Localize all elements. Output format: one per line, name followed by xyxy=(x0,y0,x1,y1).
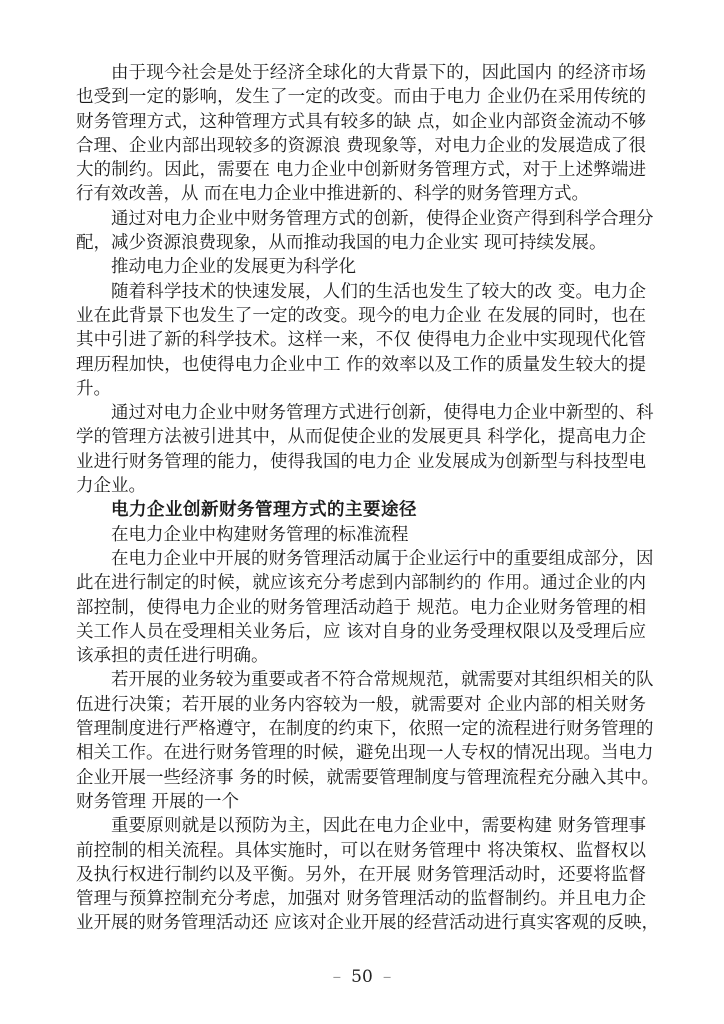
paragraph-9-body: 若开展的业务较为重要或者不符合常规规范，就需要对其组织相关的队伍进行决策；若开展… xyxy=(76,668,646,814)
text-line: 其中引进了新的科学技术。这样一来，不仅 使得电力企业中实现现代化管 xyxy=(76,328,646,352)
text-line: 前控制的相关流程。具体实施时，可以在财务管理中 将决策权、监督权以 xyxy=(76,839,646,863)
text-line: 通过对电力企业中财务管理方式进行创新，使得电力企业中新型的、科 xyxy=(76,401,646,425)
footer-left-dash: – xyxy=(323,967,352,987)
text-line: 部控制，使得电力企业的财务管理活动趋于 规范。电力企业财务管理的相 xyxy=(76,596,646,620)
text-line: 升。 xyxy=(76,377,646,401)
text-line: 电力企业创新财务管理方式的主要途径 xyxy=(76,498,646,522)
text-line: 财务管理 开展的一个 xyxy=(76,790,646,814)
text-line: 及执行权进行制约以及平衡。另外，在开展 财务管理活动时，还要将监督 xyxy=(76,863,646,887)
footer-right-dash: – xyxy=(373,967,402,987)
text-line: 力企业。 xyxy=(76,474,646,498)
text-line: 相关工作。在进行财务管理的时候，避免出现一人专权的情况出现。当电力 xyxy=(76,741,646,765)
text-line: 在电力企业中构建财务管理的标准流程 xyxy=(76,523,646,547)
text-line: 通过对电力企业中财务管理方式的创新，使得企业资产得到科学合理分 xyxy=(76,207,646,231)
text-line: 企业开展一些经济事 务的时候，就需要管理制度与管理流程充分融入其中。 xyxy=(76,766,646,790)
text-line: 学的管理方法被引进其中，从而促使企业的发展更具 科学化，提高电力企 xyxy=(76,425,646,449)
paragraph-10-body: 重要原则就是以预防为主，因此在电力企业中，需要构建 财务管理事前控制的相关流程。… xyxy=(76,814,646,935)
text-line: 推动电力企业的发展更为科学化 xyxy=(76,255,646,279)
text-line: 在电力企业中开展的财务管理活动属于企业运行中的重要组成部分，因 xyxy=(76,547,646,571)
paragraph-7-subheading: 在电力企业中构建财务管理的标准流程 xyxy=(76,523,646,547)
text-line: 财务管理方式，这种管理方式具有较多的缺 点，如企业内部资金流动不够 xyxy=(76,110,646,134)
text-line: 由于现今社会是处于经济全球化的大背景下的，因此国内 的经济市场 xyxy=(76,61,646,85)
paragraph-8-body: 在电力企业中开展的财务管理活动属于企业运行中的重要组成部分，因此在进行制定的时候… xyxy=(76,547,646,668)
text-line: 重要原则就是以预防为主，因此在电力企业中，需要构建 财务管理事 xyxy=(76,814,646,838)
text-line: 业在此背景下也发生了一定的改变。现今的电力企业 在发展的同时，也在 xyxy=(76,304,646,328)
text-line: 伍进行决策；若开展的业务内容较为一般，就需要对 企业内部的相关财务 xyxy=(76,693,646,717)
text-line: 大的制约。因此，需要在 电力企业中创新财务管理方式，对于上述弊端进 xyxy=(76,158,646,182)
text-line: 管理与预算控制充分考虑，加强对 财务管理活动的监督制约。并且电力企 xyxy=(76,887,646,911)
text-line: 随着科学技术的快速发展，人们的生活也发生了较大的改 变。电力企 xyxy=(76,280,646,304)
page-number: 50 xyxy=(351,967,373,987)
text-line: 若开展的业务较为重要或者不符合常规规范，就需要对其组织相关的队 xyxy=(76,668,646,692)
text-line: 此在进行制定的时候，就应该充分考虑到内部制约的 作用。通过企业的内 xyxy=(76,571,646,595)
paragraph-6-heading: 电力企业创新财务管理方式的主要途径 xyxy=(76,498,646,522)
paragraph-5-body: 通过对电力企业中财务管理方式进行创新，使得电力企业中新型的、科学的管理方法被引进… xyxy=(76,401,646,498)
text-line: 业开展的财务管理活动还 应该对企业开展的经营活动进行真实客观的反映， xyxy=(76,911,646,935)
text-line: 合理、企业内部出现较多的资源浪 费现象等，对电力企业的发展造成了很 xyxy=(76,134,646,158)
page-footer: –50– xyxy=(0,965,724,989)
document-body: 由于现今社会是处于经济全球化的大背景下的，因此国内 的经济市场也受到一定的影响，… xyxy=(76,61,646,936)
text-line: 业进行财务管理的能力，使得我国的电力企 业发展成为创新型与科技型电 xyxy=(76,450,646,474)
paragraph-4-body: 随着科学技术的快速发展，人们的生活也发生了较大的改 变。电力企业在此背景下也发生… xyxy=(76,280,646,401)
text-line: 配，减少资源浪费现象，从而推动我国的电力企业实 现可持续发展。 xyxy=(76,231,646,255)
text-line: 管理制度进行严格遵守，在制度的约束下，依照一定的流程进行财务管理的 xyxy=(76,717,646,741)
text-line: 也受到一定的影响，发生了一定的改变。而由于电力 企业仍在采用传统的 xyxy=(76,85,646,109)
text-line: 该承担的责任进行明确。 xyxy=(76,644,646,668)
text-line: 理历程加快，也使得电力企业中工 作的效率以及工作的质量发生较大的提 xyxy=(76,353,646,377)
text-line: 行有效改善，从 而在电力企业中推进新的、科学的财务管理方式。 xyxy=(76,182,646,206)
paragraph-1-body: 由于现今社会是处于经济全球化的大背景下的，因此国内 的经济市场也受到一定的影响，… xyxy=(76,61,646,207)
paragraph-3-subheading: 推动电力企业的发展更为科学化 xyxy=(76,255,646,279)
text-line: 关工作人员在受理相关业务后，应 该对自身的业务受理权限以及受理后应 xyxy=(76,620,646,644)
document-page: 由于现今社会是处于经济全球化的大背景下的，因此国内 的经济市场也受到一定的影响，… xyxy=(0,0,724,1024)
paragraph-2-body: 通过对电力企业中财务管理方式的创新，使得企业资产得到科学合理分配，减少资源浪费现… xyxy=(76,207,646,256)
